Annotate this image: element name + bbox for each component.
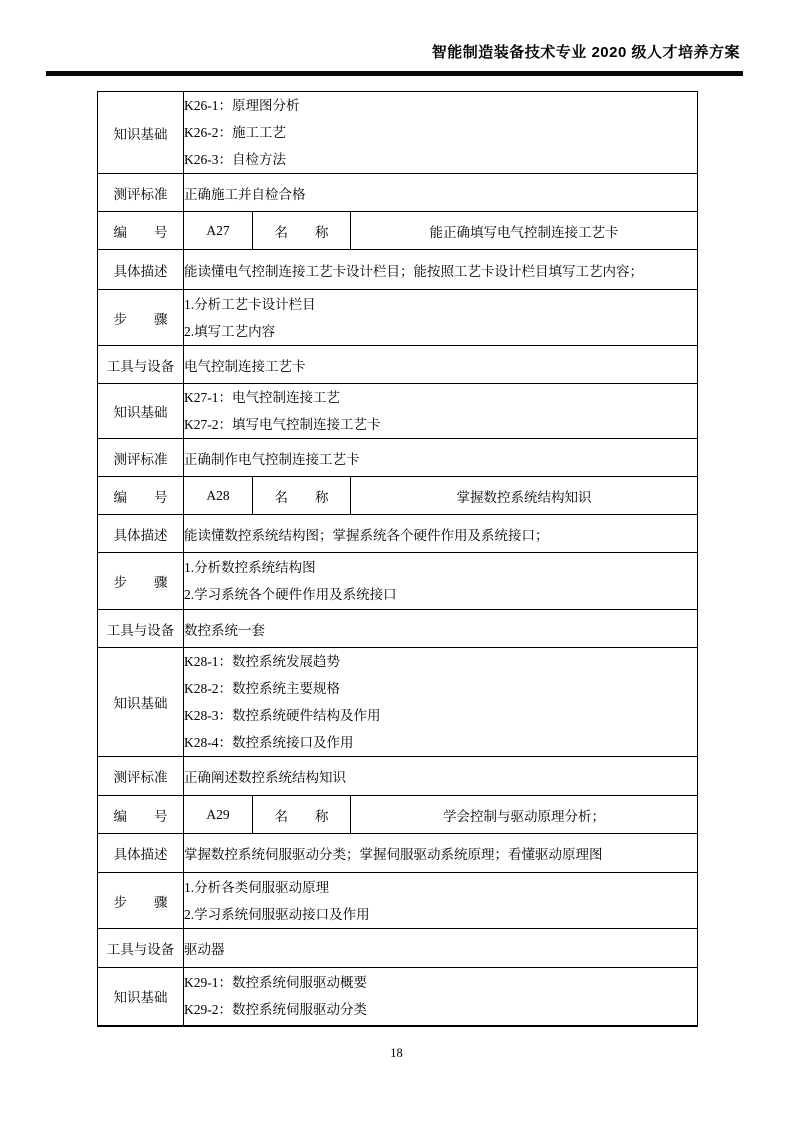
spec-table: 知识基础 K26-1：原理图分析 K26-2：施工工艺 K26-3：自检方法 测… (97, 91, 698, 1027)
document-page: { "header": { "title": "智能制造装备技术专业 2020 … (0, 0, 793, 1122)
row-id-value: A28 (184, 477, 253, 515)
row-name-label: 名 称 (253, 796, 351, 834)
table-row: 步 骤 1.分析数控系统结构图 2.学习系统各个硬件作用及系统接口 (98, 553, 698, 610)
row-content: K27-1：电气控制连接工艺 K27-2：填写电气控制连接工艺卡 (184, 384, 698, 439)
row-label: 具体描述 (98, 250, 184, 290)
table-row: 工具与设备 数控系统一套 (98, 610, 698, 648)
row-id-value: A29 (184, 796, 253, 834)
row-id-value: A27 (184, 212, 253, 250)
content-line: 1.分析各类伺服驱动原理 (184, 874, 697, 901)
content-line: 2.学习系统各个硬件作用及系统接口 (184, 581, 697, 608)
row-name-label: 名 称 (253, 212, 351, 250)
table-row: 测评标准 正确阐述数控系统结构知识 (98, 757, 698, 796)
content-line: K29-1：数控系统伺服驱动概要 (184, 969, 697, 996)
row-label: 步 骤 (98, 553, 184, 610)
row-label: 编 号 (98, 796, 184, 834)
table-row: 步 骤 1.分析各类伺服驱动原理 2.学习系统伺服驱动接口及作用 (98, 873, 698, 929)
table-row: 知识基础 K28-1：数控系统发展趋势 K28-2：数控系统主要规格 K28-3… (98, 648, 698, 757)
content-line: 2.填写工艺内容 (184, 318, 697, 345)
table-row: 编 号 A28 名 称 掌握数控系统结构知识 (98, 477, 698, 515)
table-row: 具体描述 能读懂电气控制连接工艺卡设计栏目；能按照工艺卡设计栏目填写工艺内容； (98, 250, 698, 290)
table-row: 知识基础 K26-1：原理图分析 K26-2：施工工艺 K26-3：自检方法 (98, 92, 698, 174)
row-content: 驱动器 (184, 929, 698, 968)
row-label: 具体描述 (98, 515, 184, 553)
row-label: 知识基础 (98, 968, 184, 1026)
row-content: 正确施工并自检合格 (184, 174, 698, 212)
row-name-value: 学会控制与驱动原理分析； (351, 796, 698, 834)
row-label: 测评标准 (98, 439, 184, 477)
content-line: K26-1：原理图分析 (184, 92, 697, 119)
header-rule (46, 71, 743, 76)
header-title: 智能制造装备技术专业 2020 级人才培养方案 (432, 41, 740, 62)
table-row: 工具与设备 电气控制连接工艺卡 (98, 346, 698, 384)
row-content: K29-1：数控系统伺服驱动概要 K29-2：数控系统伺服驱动分类 (184, 968, 698, 1026)
row-label: 具体描述 (98, 834, 184, 873)
row-name-value: 能正确填写电气控制连接工艺卡 (351, 212, 698, 250)
content-line: 1.分析工艺卡设计栏目 (184, 291, 697, 318)
table-row: 测评标准 正确施工并自检合格 (98, 174, 698, 212)
row-content: 掌握数控系统伺服驱动分类；掌握伺服驱动系统原理；看懂驱动原理图 (184, 834, 698, 873)
table-row: 步 骤 1.分析工艺卡设计栏目 2.填写工艺内容 (98, 290, 698, 346)
row-content: 正确制作电气控制连接工艺卡 (184, 439, 698, 477)
content-line: K26-3：自检方法 (184, 146, 697, 173)
row-content: 数控系统一套 (184, 610, 698, 648)
content-line: K28-4：数控系统接口及作用 (184, 729, 697, 756)
row-label: 编 号 (98, 212, 184, 250)
row-name-label: 名 称 (253, 477, 351, 515)
table-row: 测评标准 正确制作电气控制连接工艺卡 (98, 439, 698, 477)
table-row: 编 号 A29 名 称 学会控制与驱动原理分析； (98, 796, 698, 834)
table-row: 工具与设备 驱动器 (98, 929, 698, 968)
page-number: 18 (0, 1046, 793, 1061)
row-label: 知识基础 (98, 384, 184, 439)
table-row: 知识基础 K27-1：电气控制连接工艺 K27-2：填写电气控制连接工艺卡 (98, 384, 698, 439)
row-content: 电气控制连接工艺卡 (184, 346, 698, 384)
row-content: 能读懂电气控制连接工艺卡设计栏目；能按照工艺卡设计栏目填写工艺内容； (184, 250, 698, 290)
content-line: K27-1：电气控制连接工艺 (184, 384, 697, 411)
spec-table-body: 知识基础 K26-1：原理图分析 K26-2：施工工艺 K26-3：自检方法 测… (98, 92, 698, 1026)
row-label: 工具与设备 (98, 929, 184, 968)
table-row: 具体描述 掌握数控系统伺服驱动分类；掌握伺服驱动系统原理；看懂驱动原理图 (98, 834, 698, 873)
row-content: K26-1：原理图分析 K26-2：施工工艺 K26-3：自检方法 (184, 92, 698, 174)
content-line: K26-2：施工工艺 (184, 119, 697, 146)
content-line: K29-2：数控系统伺服驱动分类 (184, 996, 697, 1023)
row-content: 1.分析数控系统结构图 2.学习系统各个硬件作用及系统接口 (184, 553, 698, 610)
content-line: 1.分析数控系统结构图 (184, 554, 697, 581)
row-label: 工具与设备 (98, 610, 184, 648)
row-content: 1.分析工艺卡设计栏目 2.填写工艺内容 (184, 290, 698, 346)
row-label: 测评标准 (98, 757, 184, 796)
row-label: 编 号 (98, 477, 184, 515)
table-row: 具体描述 能读懂数控系统结构图；掌握系统各个硬件作用及系统接口； (98, 515, 698, 553)
content-line: 2.学习系统伺服驱动接口及作用 (184, 901, 697, 928)
row-label: 测评标准 (98, 174, 184, 212)
row-content: 1.分析各类伺服驱动原理 2.学习系统伺服驱动接口及作用 (184, 873, 698, 929)
row-content: 正确阐述数控系统结构知识 (184, 757, 698, 796)
row-label: 工具与设备 (98, 346, 184, 384)
content-line: K28-1：数控系统发展趋势 (184, 648, 697, 675)
row-content: 能读懂数控系统结构图；掌握系统各个硬件作用及系统接口； (184, 515, 698, 553)
content-line: K28-2：数控系统主要规格 (184, 675, 697, 702)
row-label: 步 骤 (98, 873, 184, 929)
row-content: K28-1：数控系统发展趋势 K28-2：数控系统主要规格 K28-3：数控系统… (184, 648, 698, 757)
table-row: 知识基础 K29-1：数控系统伺服驱动概要 K29-2：数控系统伺服驱动分类 (98, 968, 698, 1026)
row-label: 步 骤 (98, 290, 184, 346)
row-name-value: 掌握数控系统结构知识 (351, 477, 698, 515)
content-line: K28-3：数控系统硬件结构及作用 (184, 702, 697, 729)
table-row: 编 号 A27 名 称 能正确填写电气控制连接工艺卡 (98, 212, 698, 250)
row-label: 知识基础 (98, 648, 184, 757)
content-line: K27-2：填写电气控制连接工艺卡 (184, 411, 697, 438)
row-label: 知识基础 (98, 92, 184, 174)
